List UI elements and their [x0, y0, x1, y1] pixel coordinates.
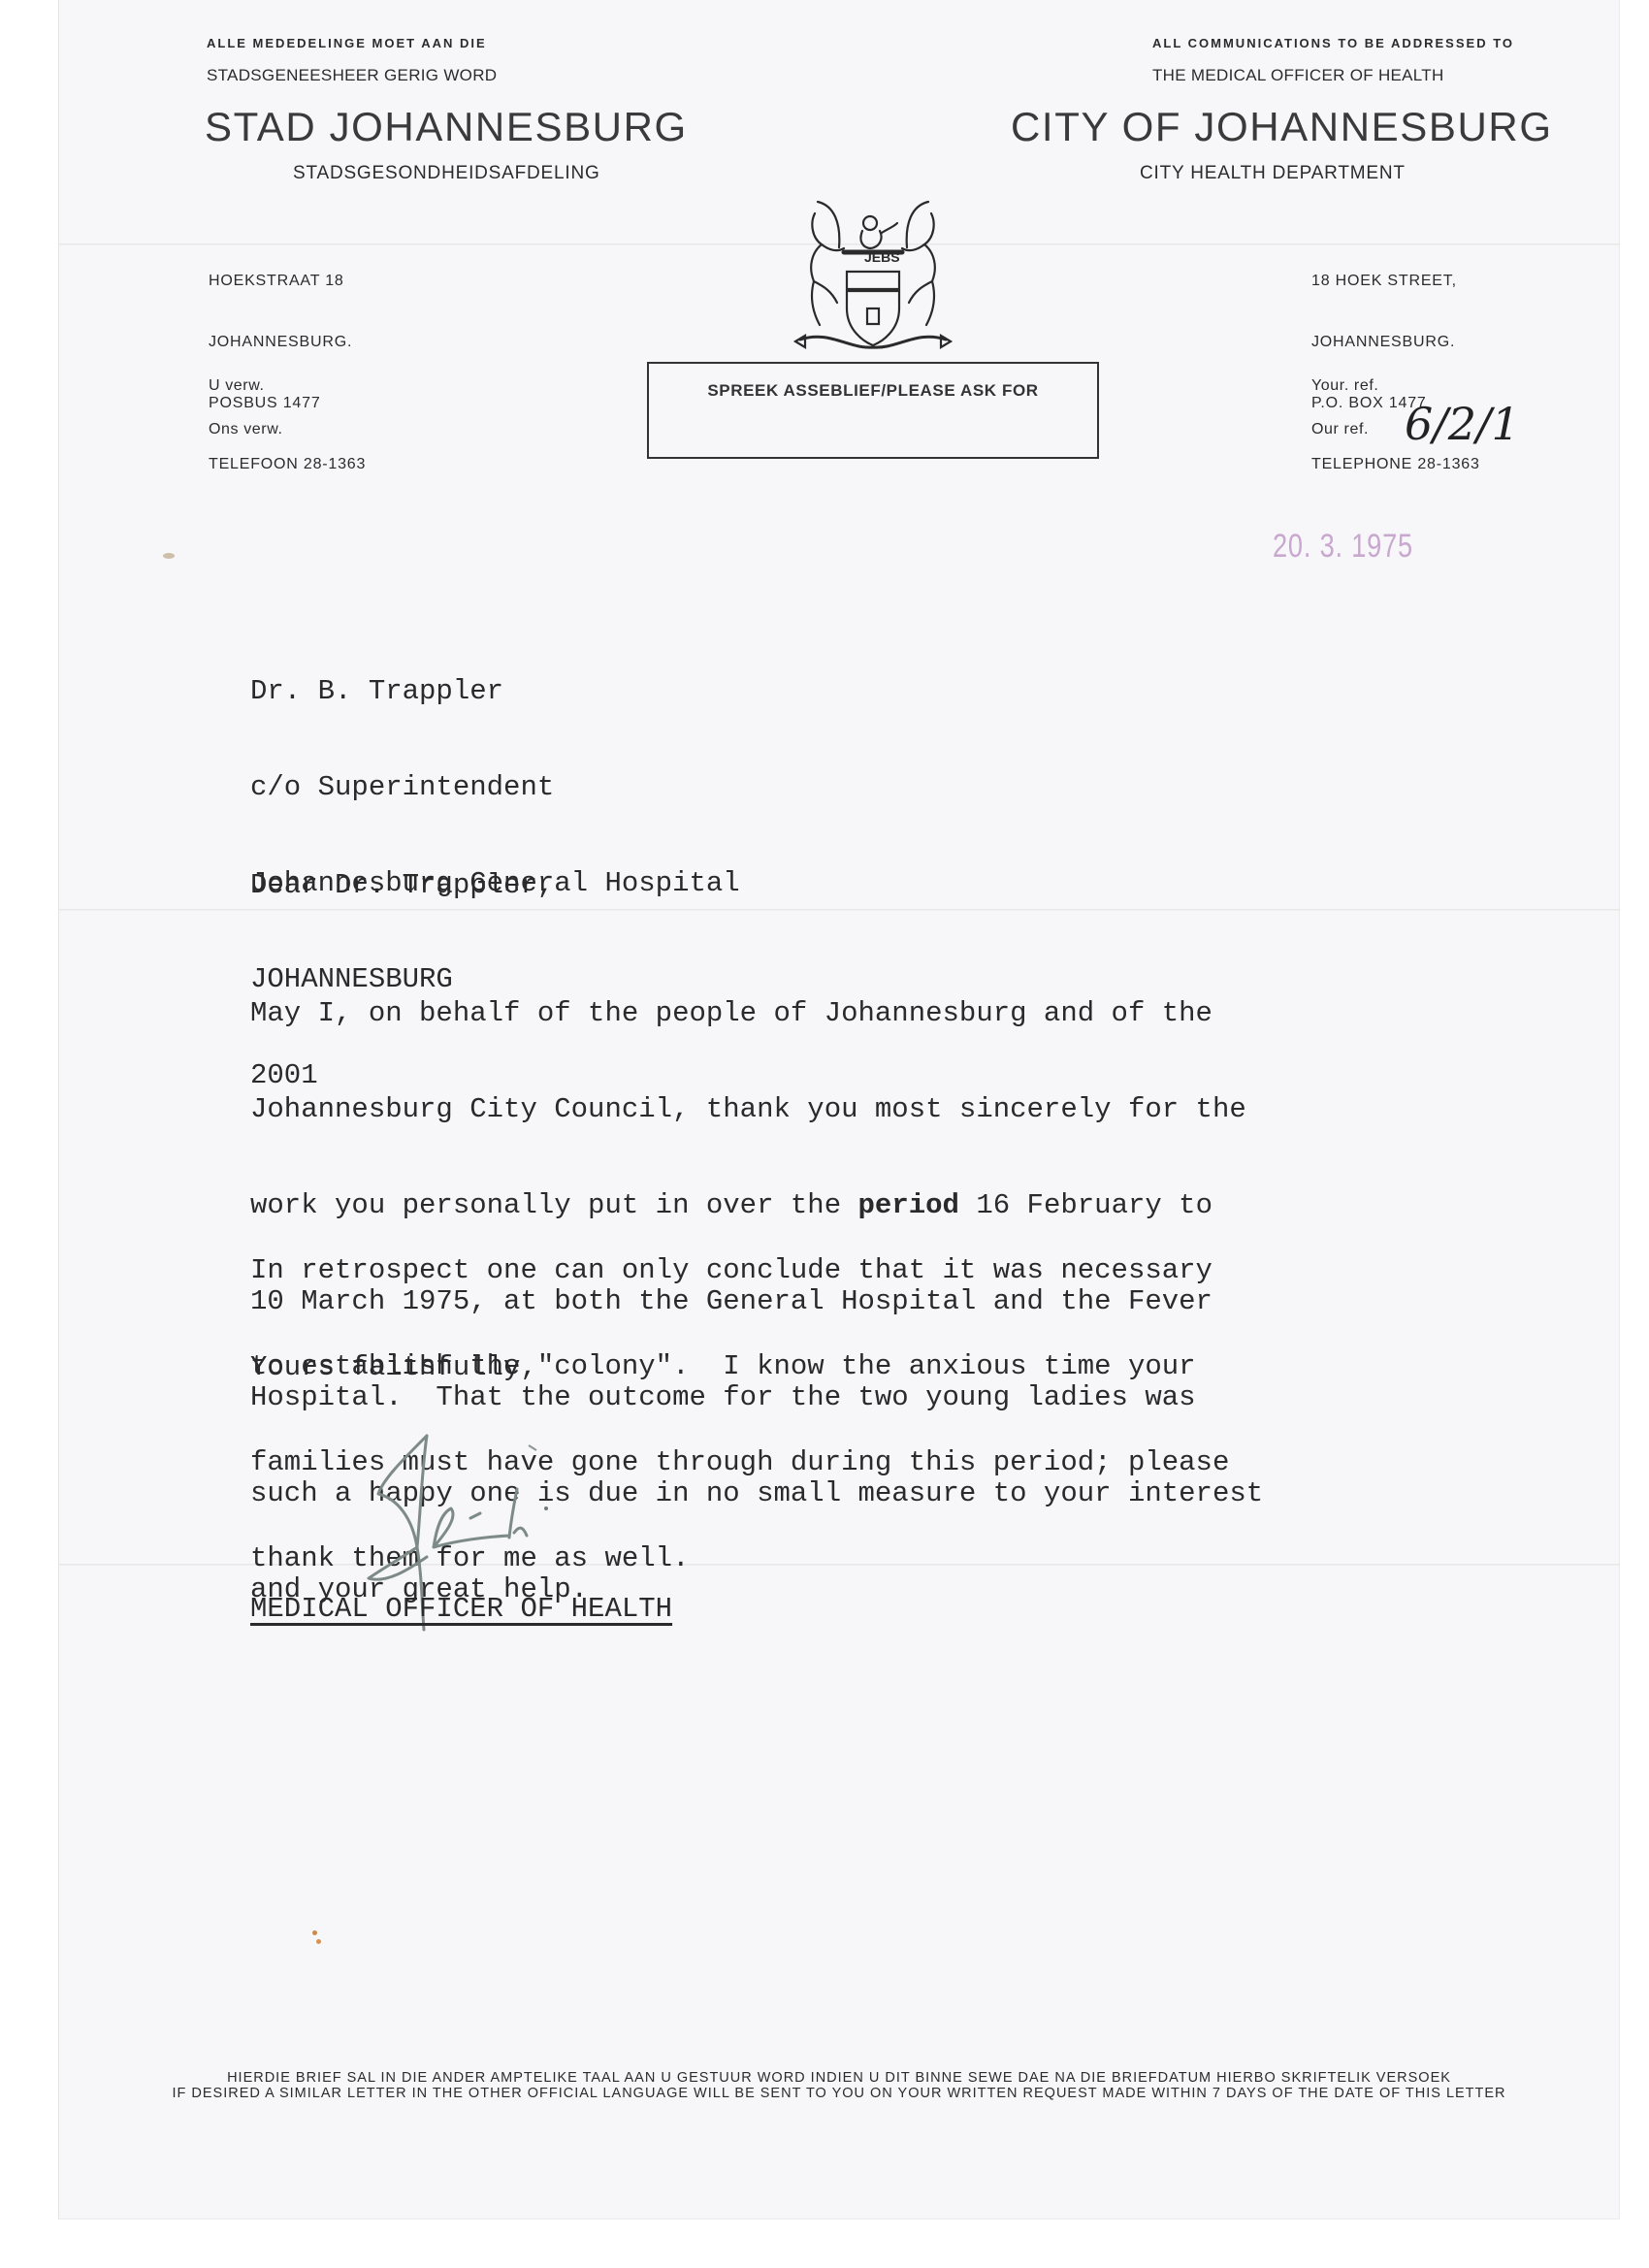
- paper-blemish: [316, 1939, 321, 1944]
- our-ref-handwritten-value: 6/2/1: [1405, 398, 1520, 450]
- address-line: JOHANNESBURG.: [1311, 332, 1480, 352]
- your-ref-label-en: Your. ref.: [1311, 377, 1378, 395]
- address-line: TELEPHONE 28-1363: [1311, 454, 1480, 474]
- afrikaans-address-block: HOEKSTRAAT 18 JOHANNESBURG. POSBUS 1477 …: [209, 230, 366, 515]
- recipient-line: c/o Superintendent: [250, 771, 740, 803]
- coat-of-arms-icon: JEBS: [791, 194, 955, 354]
- english-department: CITY HEALTH DEPARTMENT: [1140, 163, 1406, 184]
- our-ref-label-en: Our ref.: [1311, 421, 1369, 438]
- address-line: JOHANNESBURG.: [209, 332, 366, 352]
- address-line: HOEKSTRAAT 18: [209, 271, 366, 291]
- please-ask-for-label: SPREEK ASSEBLIEF/PLEASE ASK FOR: [649, 381, 1097, 401]
- recipient-line: Dr. B. Trappler: [250, 675, 740, 707]
- footer-english: IF DESIRED A SIMILAR LETTER IN THE OTHER…: [58, 2086, 1620, 2101]
- please-ask-for-box: SPREEK ASSEBLIEF/PLEASE ASK FOR: [647, 362, 1099, 459]
- svg-text:JEBS: JEBS: [864, 249, 900, 265]
- your-ref-label-af: U verw.: [209, 377, 265, 395]
- address-line: POSBUS 1477: [209, 393, 366, 413]
- date-stamp: 20. 3. 1975: [1273, 528, 1413, 566]
- our-ref-label-af: Ons verw.: [209, 421, 283, 438]
- language-notice-footer: HIERDIE BRIEF SAL IN DIE ANDER AMPTELIKE…: [58, 2070, 1620, 2101]
- salutation: Dear Dr. Trappler,: [250, 869, 554, 901]
- footer-afrikaans: HIERDIE BRIEF SAL IN DIE ANDER AMPTELIKE…: [58, 2070, 1620, 2086]
- afrikaans-address-instruction-2: STADSGENEESHEER GERIG WORD: [207, 66, 497, 85]
- english-address-block: 18 HOEK STREET, JOHANNESBURG. P.O. BOX 1…: [1311, 230, 1480, 515]
- english-address-instruction-2: THE MEDICAL OFFICER OF HEALTH: [1152, 66, 1444, 85]
- paper-blemish: [312, 1930, 317, 1935]
- body-line: May I, on behalf of the people of Johann…: [250, 997, 1263, 1029]
- afrikaans-city-title: STAD JOHANNESBURG: [205, 104, 688, 150]
- english-city-title: CITY OF JOHANNESBURG: [1011, 104, 1553, 150]
- signatory-title: MEDICAL OFFICER OF HEALTH: [250, 1593, 672, 1625]
- address-line: 18 HOEK STREET,: [1311, 271, 1480, 291]
- paper-blemish: [163, 553, 175, 559]
- english-address-instruction-1: ALL COMMUNICATIONS TO BE ADDRESSED TO: [1152, 36, 1514, 50]
- body-line: Johannesburg City Council, thank you mos…: [250, 1093, 1263, 1125]
- afrikaans-department: STADSGESONDHEIDSAFDELING: [293, 163, 600, 184]
- address-line: TELEFOON 28-1363: [209, 454, 366, 474]
- afrikaans-address-instruction-1: ALLE MEDEDELINGE MOET AAN DIE: [207, 36, 487, 50]
- closing: Yours faithfully,: [250, 1351, 537, 1383]
- body-line: In retrospect one can only conclude that…: [250, 1254, 1229, 1286]
